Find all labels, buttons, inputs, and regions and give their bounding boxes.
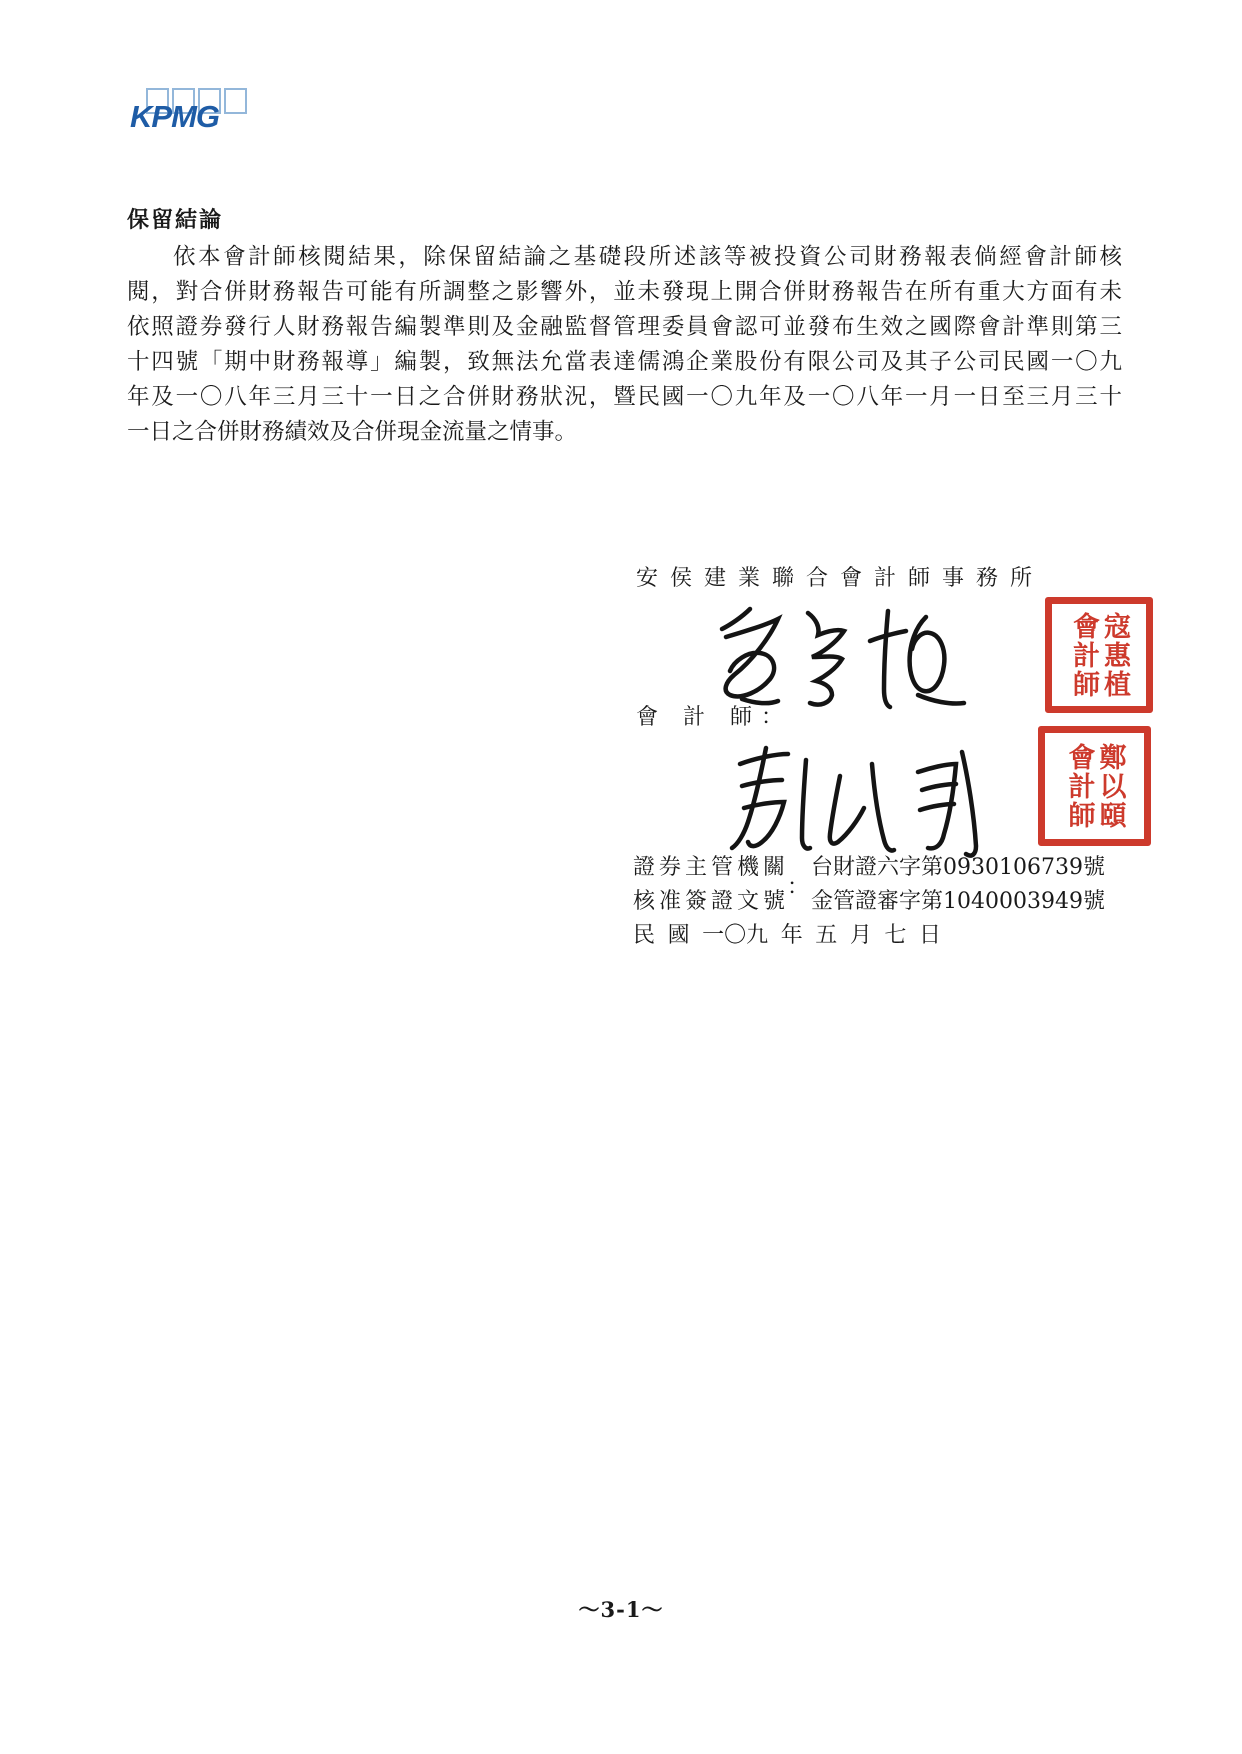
kpmg-logo-text: KPMG xyxy=(130,99,219,135)
signature-kou-hui-chih xyxy=(712,603,967,718)
paragraph-line: 依照證券發行人財務報告編製準則及金融監督管理委員會認可並發布生效之國際會計準則第… xyxy=(127,310,1122,345)
accountant-seal-2: 鄭以頤 會計師 xyxy=(1038,726,1151,846)
paragraph-line: 閱，對合併財務報告可能有所調整之影響外，並未發現上開合併財務報告在所有重大方面有… xyxy=(127,275,1122,310)
approval-value-line1: 台財證六字第0930106739號 xyxy=(811,851,1105,885)
report-page: KPMG 保留結論 依本會計師核閱結果，除保留結論之基礎段所述該等被投資公司財務… xyxy=(0,0,1242,1754)
approval-value-line2: 金管證審字第1040003949號 xyxy=(811,885,1105,919)
paragraph-line: 年及一〇八年三月三十一日之合併財務狀況，暨民國一〇九年及一〇八年一月一日至三月三… xyxy=(127,380,1122,415)
date-token: 月 xyxy=(850,918,872,949)
firm-name: 安侯建業聯合會計師事務所 xyxy=(636,561,1044,592)
paragraph-line: 十四號「期中財務報導」編製，致無法允當表達儒鴻企業股份有限公司及其子公司民國一〇… xyxy=(127,345,1122,380)
signature-cheng-yi-yi xyxy=(722,742,1002,862)
kpmg-logo: KPMG xyxy=(130,85,250,135)
date-token: 五 xyxy=(815,918,837,949)
paragraph-line: 一日之合併財務績效及合併現金流量之情事。 xyxy=(127,415,1122,450)
approval-label: 證券主管機關 核准簽證文號 xyxy=(633,851,785,919)
accountant-seal-1: 寇惠植 會計師 xyxy=(1045,597,1153,713)
approval-numbers: 證券主管機關 核准簽證文號 ： 台財證六字第0930106739號 金管證審字第… xyxy=(633,851,1105,919)
date-token: 國 xyxy=(668,918,690,949)
approval-values: 台財證六字第0930106739號 金管證審字第1040003949號 xyxy=(811,851,1105,919)
date-token: 日 xyxy=(919,918,941,949)
seal-title-column: 會計師 xyxy=(1066,743,1093,830)
date-token: 一〇九 xyxy=(702,918,768,949)
approval-label-line1: 證券主管機關 xyxy=(633,851,785,885)
report-date: 民 國 一〇九 年 五 月 七 日 xyxy=(633,918,941,949)
date-token: 年 xyxy=(781,918,803,949)
approval-colon: ： xyxy=(785,870,811,901)
date-token: 七 xyxy=(884,918,906,949)
date-token: 民 xyxy=(633,918,655,949)
approval-label-line2: 核准簽證文號 xyxy=(633,885,785,919)
seal-name-column: 寇惠植 xyxy=(1101,612,1128,699)
page-number: ～3-1～ xyxy=(0,1594,1242,1624)
seal-title-column: 會計師 xyxy=(1070,612,1097,699)
seal-name-column: 鄭以頤 xyxy=(1097,743,1124,830)
conclusion-paragraph: 依本會計師核閱結果，除保留結論之基礎段所述該等被投資公司財務報表倘經會計師核 閱… xyxy=(127,240,1122,450)
section-heading: 保留結論 xyxy=(127,203,223,234)
paragraph-line: 依本會計師核閱結果，除保留結論之基礎段所述該等被投資公司財務報表倘經會計師核 xyxy=(127,240,1122,275)
kpmg-logo-box xyxy=(224,88,247,114)
